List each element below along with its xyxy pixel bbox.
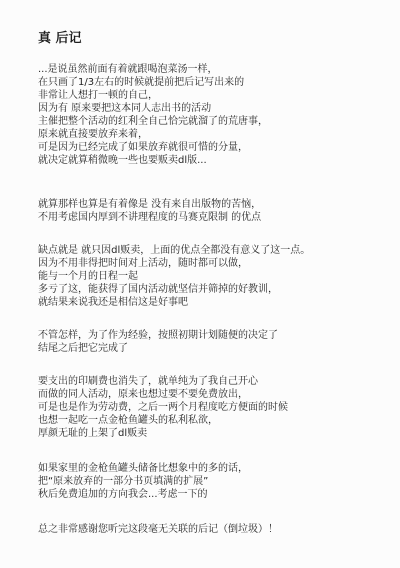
paragraph-intro: ...是说虽然前面有着就跟喝泡菜汤一样， 在只画了1/3左右的时候就提前把后记写… [38, 63, 374, 167]
paragraph-disadvantages: 缺点就是 就只因dl贩卖，上面的优点全都没有意义了这一点。 因为不用非得把时间对… [38, 244, 374, 309]
paragraph-expansion: 如果家里的金枪鱼罐头储备比想象中的多的话， 把“原来放弃的一部分书页填满的扩展”… [38, 462, 374, 501]
paragraph-completion: 不管怎样，为了作为经验，按照初期计划随便的决定了 结尾之后把它完成了 [38, 329, 374, 355]
page-title: 真 后记 [38, 27, 374, 46]
paragraph-dl-sale: 要支出的印刷费也消失了，就单纯为了我自己开心 而做的同人活动，原来也想过要不要免… [38, 375, 374, 440]
afterword-page: 真 后记 ...是说虽然前面有着就跟喝泡菜汤一样， 在只画了1/3左右的时候就提… [0, 0, 400, 568]
paragraph-thanks: 总之非常感谢您听完这段毫无关联的后记（倒垃圾）！ [38, 523, 374, 536]
paragraph-advantages: 就算那样也算是有着像是 没有来自出版物的苦恼， 不用考虑国内厚到不讲理程度的马赛… [38, 198, 374, 224]
